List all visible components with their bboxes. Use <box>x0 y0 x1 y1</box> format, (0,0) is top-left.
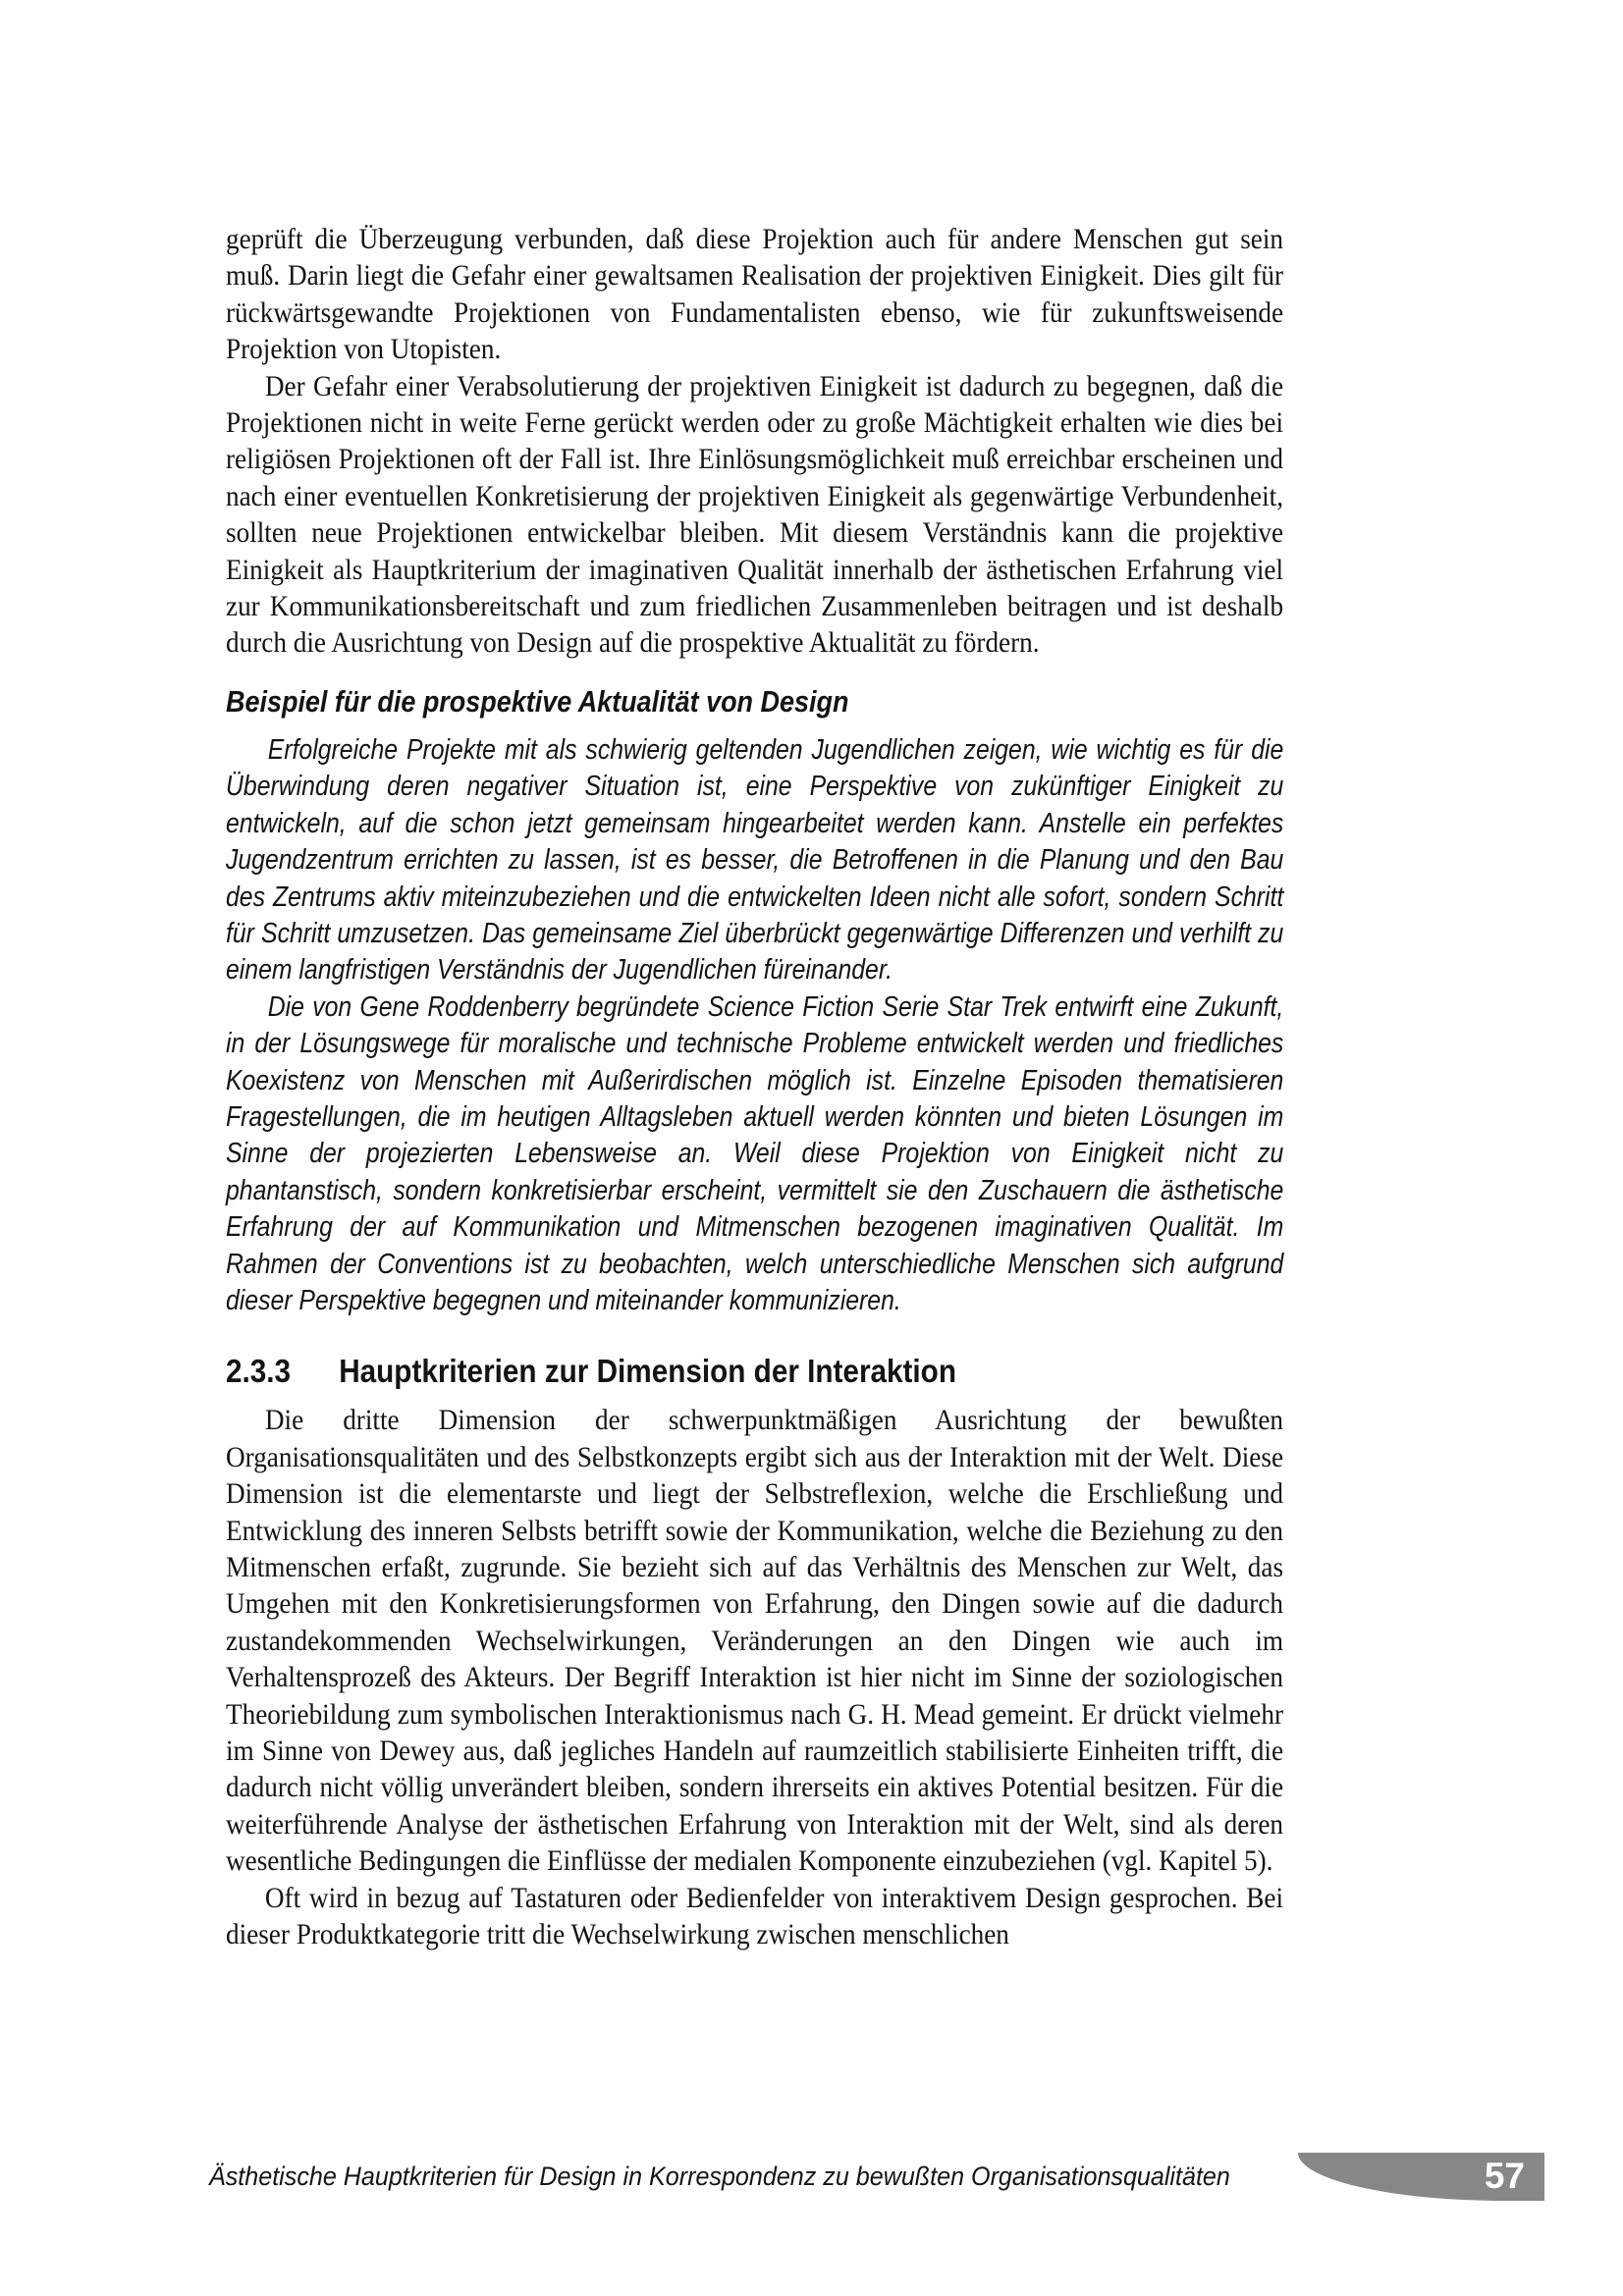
paragraph-section-2: Oft wird in bezug auf Tastaturen oder Be… <box>226 1880 1283 1953</box>
page-number: 57 <box>1485 2156 1525 2197</box>
example-paragraph-2: Die von Gene Roddenberry begründete Scie… <box>226 989 1283 1320</box>
example-paragraph-1: Erfolgreiche Projekte mit als schwierig … <box>226 732 1283 989</box>
section-title: Hauptkriterien zur Dimension der Interak… <box>339 1353 1283 1390</box>
paragraph-intro-2: Der Gefahr einer Verabsolutierung der pr… <box>226 368 1283 662</box>
book-page: geprüft die Überzeugung verbunden, daß d… <box>0 0 1623 2296</box>
paragraph-section-1: Die dritte Dimension der schwerpunktmäßi… <box>226 1402 1283 1879</box>
section-number: 2.3.3 <box>226 1353 339 1390</box>
page-number-box: 57 <box>1298 2153 1544 2201</box>
text-column: geprüft die Überzeugung verbunden, daß d… <box>226 221 1283 1952</box>
running-title: Ästhetische Hauptkriterien für Design in… <box>209 2160 1273 2193</box>
example-heading: Beispiel für die prospektive Aktualität … <box>226 683 1283 721</box>
section-heading: 2.3.3 Hauptkriterien zur Dimension der I… <box>226 1353 1283 1390</box>
paragraph-intro-continuation: geprüft die Überzeugung verbunden, daß d… <box>226 221 1283 368</box>
